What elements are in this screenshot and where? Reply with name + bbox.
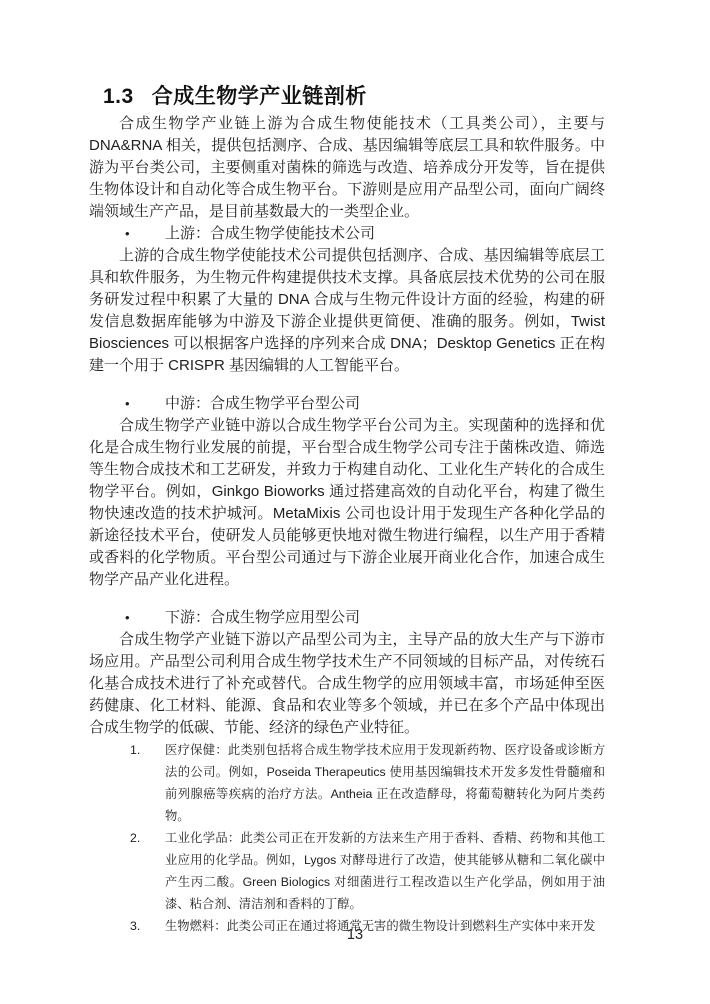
- page-content: 1.3合成生物学产业链剖析 合成生物学产业链上游为合成生物使能技术（工具类公司）…: [89, 84, 605, 937]
- application-list: 1. 医疗保健：此类别包括将合成生物学技术应用于发现新药物、医疗设备或诊断方法的…: [89, 739, 605, 937]
- item-text: 工业化学品：此类公司正在开发新的方法来生产用于香料、香精、药物和其他工业应用的化…: [165, 827, 605, 915]
- section-paragraph-upstream: 上游的合成生物学使能技术公司提供包括测序、合成、基因编辑等底层工具和软件服务，为…: [89, 245, 605, 377]
- bullet-item-label: 上游：合成生物学使能技术公司: [165, 223, 605, 245]
- section-paragraph-downstream: 合成生物学产业链下游以产品型公司为主，主导产品的放大生产与下游市场应用。产品型公…: [89, 629, 605, 739]
- bullet-item-downstream: • 下游：合成生物学应用型公司: [89, 607, 605, 629]
- heading-number: 1.3: [103, 85, 134, 108]
- bullet-item-label: 下游：合成生物学应用型公司: [165, 607, 605, 629]
- item-text: 医疗保健：此类别包括将合成生物学技术应用于发现新药物、医疗设备或诊断方法的公司。…: [165, 739, 605, 827]
- bullet-item-midstream: • 中游：合成生物学平台型公司: [89, 393, 605, 415]
- numbered-item: 1. 医疗保健：此类别包括将合成生物学技术应用于发现新药物、医疗设备或诊断方法的…: [89, 739, 605, 827]
- bullet-item-upstream: • 上游：合成生物学使能技术公司: [89, 223, 605, 245]
- section-heading: 1.3合成生物学产业链剖析: [103, 84, 605, 110]
- bullet-item-label: 中游：合成生物学平台型公司: [165, 393, 605, 415]
- page-number: 13: [0, 926, 710, 944]
- heading-title: 合成生物学产业链剖析: [152, 85, 367, 108]
- bullet-icon: •: [89, 393, 165, 415]
- item-number: 2.: [89, 827, 165, 915]
- intro-paragraph: 合成生物学产业链上游为合成生物使能技术（工具类公司），主要与 DNA&RNA 相…: [89, 113, 605, 223]
- document-page: 1.3合成生物学产业链剖析 合成生物学产业链上游为合成生物使能技术（工具类公司）…: [0, 0, 710, 1004]
- bullet-icon: •: [89, 223, 165, 245]
- section-paragraph-midstream: 合成生物学产业链中游以合成生物学平台公司为主。实现菌种的选择和优化是合成生物行业…: [89, 415, 605, 591]
- bullet-icon: •: [89, 607, 165, 629]
- item-number: 1.: [89, 739, 165, 827]
- numbered-item: 2. 工业化学品：此类公司正在开发新的方法来生产用于香料、香精、药物和其他工业应…: [89, 827, 605, 915]
